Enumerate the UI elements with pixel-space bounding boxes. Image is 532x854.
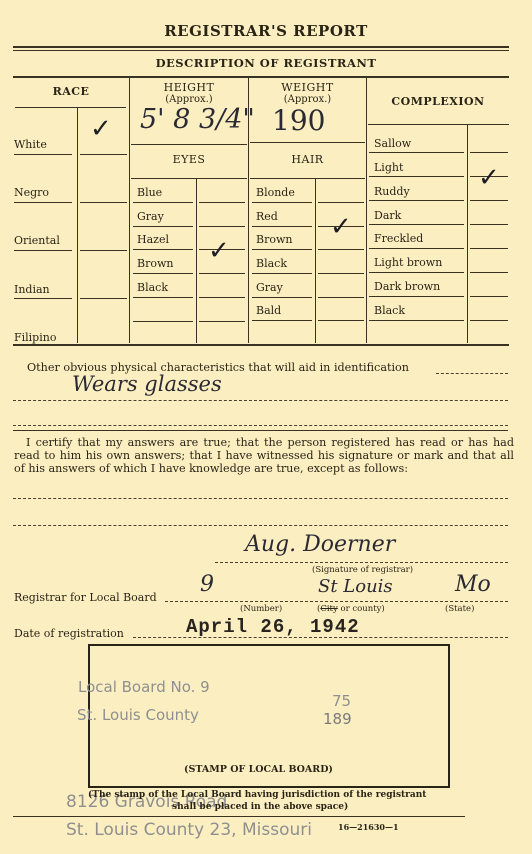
eyes-check-rule [199,297,245,298]
race-check-rule [80,298,127,299]
state-caption: (State) [445,604,474,614]
form-number: 16—21630—1 [338,822,399,832]
race-option-negro: Negro [14,186,49,199]
race-check-rule [80,202,127,203]
race-option-white: White [14,138,47,151]
local-board-number[interactable]: 9 [200,572,214,597]
eyes-row-rule [133,297,193,298]
hair-check-rule [318,202,364,203]
complexion-check-rule [470,248,508,249]
other-characteristics-line-1 [13,400,508,401]
eyes-option-blue: Blue [137,186,162,199]
eyes-row-rule [133,273,193,274]
eyes-header-rule [131,178,247,179]
complexion-check-rule [470,224,508,225]
local-board-city[interactable]: St Louis [318,576,393,597]
hair-row-rule [252,202,312,203]
complexion-check-rule [470,320,508,321]
hair-check-rule [318,297,364,298]
eyes-option-brown: Brown [137,257,173,270]
complexion-row-rule [369,152,464,153]
eyes-brown-checkmark[interactable]: ✓ [208,236,230,266]
eyes-row-rule [133,249,193,250]
complexion-check-rule [470,272,508,273]
race-white-checkmark[interactable]: ✓ [90,114,112,144]
complexion-header-rule [368,124,509,125]
weight-value[interactable]: 190 [272,104,325,137]
complexion-option-ruddy: Ruddy [374,185,410,198]
complexion-header: COMPLEXION [367,95,509,108]
hair-row-rule [252,297,312,298]
local-board-line [165,601,508,602]
complexion-option-light: Light [374,161,403,174]
exceptions-line-2 [13,525,508,526]
height-eyes-rule [131,144,247,145]
eyes-option-hazel: Hazel [137,233,169,246]
registration-date-value[interactable]: April 26, 1942 [186,616,360,638]
hair-header: HAIR [249,153,366,166]
complexion-row-rule [369,176,464,177]
report-title: REGISTRAR'S REPORT [0,22,532,40]
complexion-row-rule [369,224,464,225]
stamp-number-2: 189 [323,710,352,728]
eyes-check-rule [199,321,245,322]
eyes-check-divider [196,178,197,343]
stamp-county: St. Louis County [77,706,199,724]
race-row-rule [14,154,72,155]
race-row-rule [14,202,72,203]
stamp-caption: (STAMP OF LOCAL BOARD) [184,764,333,775]
hair-header-rule [250,178,365,179]
race-check-rule [80,250,127,251]
race-row-rule [14,250,72,251]
eyes-row-rule [133,321,193,322]
hair-row-rule [252,273,312,274]
other-characteristics-line-2 [13,425,508,426]
table-bottom-rule [13,344,509,346]
race-header-rule [15,107,126,108]
complexion-check-rule [470,296,508,297]
section-rule [13,430,508,431]
table-top-rule [13,76,509,78]
hair-check-divider [315,178,316,343]
eyes-row-rule [133,226,193,227]
hair-option-brown: Brown [256,233,292,246]
stamp-number-1: 75 [332,692,351,710]
number-caption: (Number) [240,604,282,614]
hair-brown-checkmark[interactable]: ✓ [330,212,352,242]
race-row-rule [14,298,72,299]
complexion-option-sallow: Sallow [374,137,411,150]
hair-option-black: Black [256,257,287,270]
complexion-row-rule [369,272,464,273]
title-rule-bottom [13,50,509,51]
complexion-check-rule [470,200,508,201]
hair-option-gray: Gray [256,281,283,294]
complexion-check-divider [467,125,468,343]
city-caption-struck: City [320,604,337,614]
complexion-option-dark-brown: Dark brown [374,280,440,293]
eyes-header: EYES [130,153,248,166]
complexion-option-light-brown: Light brown [374,256,442,269]
hair-check-rule [318,273,364,274]
city-caption: (City or county) [317,604,385,614]
registrar-signature[interactable]: Aug. Doerner [245,532,395,557]
weight-hair-rule [250,142,365,143]
hair-row-rule [252,320,312,321]
footer-address-line-2: St. Louis County 23, Missouri [66,820,312,840]
signature-caption: (Signature of registrar) [312,565,413,575]
height-header: HEIGHT [130,81,248,94]
race-check-divider [77,108,78,343]
complexion-option-dark: Dark [374,209,401,222]
hair-option-blonde: Blonde [256,186,295,199]
complexion-row-rule [369,296,464,297]
race-check-rule [80,154,127,155]
eyes-check-rule [199,202,245,203]
city-caption-rest: or county) [338,604,385,614]
footer-note-line-1: (The stamp of the Local Board having jur… [88,790,426,800]
eyes-option-black: Black [137,281,168,294]
complexion-row-rule [369,320,464,321]
hair-row-rule [252,226,312,227]
local-board-label: Registrar for Local Board [14,591,157,604]
other-characteristics-value[interactable]: Wears glasses [72,372,222,396]
other-characteristics-leader [436,373,508,374]
footer-rule [13,816,465,817]
complexion-option-freckled: Freckled [374,232,423,245]
height-value[interactable]: 5' 8 3/4" [140,104,255,135]
hair-check-rule [318,320,364,321]
race-option-filipino: Filipino [14,331,56,344]
hair-check-rule [318,249,364,250]
race-header: RACE [13,85,129,98]
stamp-board-name: Local Board No. 9 [78,678,210,696]
divider-race [129,77,130,343]
complexion-row-rule [369,200,464,201]
weight-header: WEIGHT [249,81,366,94]
eyes-row-rule [133,202,193,203]
signature-line [215,562,508,563]
divider-weight [366,77,367,343]
race-option-oriental: Oriental [14,234,60,247]
complexion-option-black: Black [374,304,405,317]
complexion-row-rule [369,248,464,249]
eyes-check-rule [199,226,245,227]
complexion-check-rule [470,152,508,153]
certification-text: I certify that my answers are true; that… [14,436,514,475]
race-option-indian: Indian [14,283,50,296]
hair-option-bald: Bald [256,304,281,317]
hair-row-rule [252,249,312,250]
eyes-check-rule [199,273,245,274]
exceptions-line-1 [13,498,508,499]
section-title: DESCRIPTION OF REGISTRANT [0,56,532,70]
footer-note-line-2: shall be placed in the above space) [172,802,348,812]
hair-option-red: Red [256,210,278,223]
complexion-ruddy-checkmark[interactable]: ✓ [478,163,500,193]
registration-date-label: Date of registration [14,627,124,640]
title-rule-top [13,46,509,48]
local-board-state[interactable]: Mo [455,572,491,597]
eyes-option-gray: Gray [137,210,164,223]
